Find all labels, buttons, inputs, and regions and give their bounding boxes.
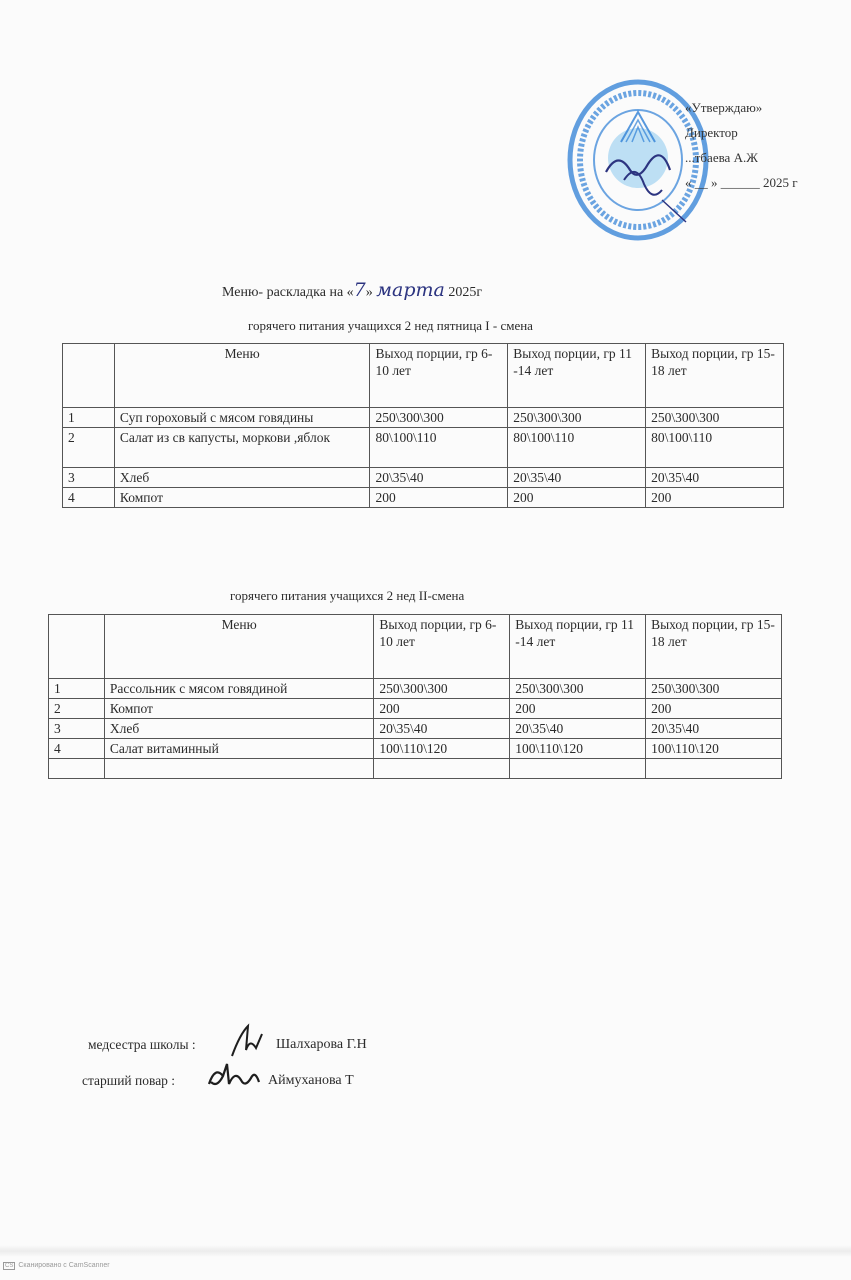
dish-name: Суп гороховый с мясом говядины [114,408,370,428]
table-header-row: Меню Выход порции, гр 6-10 лет Выход пор… [49,615,782,679]
header-number [63,344,115,408]
row-number: 4 [63,488,115,508]
header-menu: Меню [114,344,370,408]
scan-edge-shadow [0,1245,851,1257]
camscanner-logo-icon: CS [3,1262,15,1270]
nurse-signature-icon [226,1020,266,1060]
approval-position: Директор [685,120,798,145]
scanner-text: Сканировано с CamScanner [18,1262,109,1269]
portion-11-14: 250\300\300 [508,408,646,428]
row-number: 1 [49,679,105,699]
header-age-6-10: Выход порции, гр 6-10 лет [370,344,508,408]
portion-11-14: 20\35\40 [508,468,646,488]
scanner-watermark: CSСканировано с CamScanner [3,1262,110,1270]
portion-15-18 [646,759,782,779]
table-row: 3 Хлеб 20\35\40 20\35\40 20\35\40 [63,468,784,488]
portion-11-14: 250\300\300 [510,679,646,699]
portion-11-14: 100\110\120 [510,739,646,759]
approval-block: «Утверждаю» Директор ...тбаева А.Ж « __ … [685,95,798,195]
portion-15-18: 20\35\40 [646,468,784,488]
portion-6-10 [374,759,510,779]
cook-signature-icon [205,1062,263,1092]
portion-6-10: 200 [374,699,510,719]
dish-name [104,759,374,779]
dish-name: Хлеб [104,719,374,739]
portion-15-18: 250\300\300 [646,408,784,428]
header-age-11-14: Выход порции, гр 11 -14 лет [510,615,646,679]
nurse-name: Шалхарова Г.Н [276,1037,367,1053]
table-row: 4 Компот 200 200 200 [63,488,784,508]
header-number [49,615,105,679]
nurse-label: медсестра школы : [88,1037,196,1053]
table2-subtitle: горячего питания учащихся 2 нед II-смена [230,588,464,604]
portion-6-10: 20\35\40 [370,468,508,488]
portion-11-14: 200 [508,488,646,508]
portion-6-10: 200 [370,488,508,508]
menu-table-shift-2: Меню Выход порции, гр 6-10 лет Выход пор… [48,614,782,779]
document-title: Меню- раскладка на «7» марта 2025г [222,279,482,301]
table-row: 1 Рассольник с мясом говядиной 250\300\3… [49,679,782,699]
header-age-6-10: Выход порции, гр 6-10 лет [374,615,510,679]
portion-6-10: 250\300\300 [374,679,510,699]
portion-6-10: 80\100\110 [370,428,508,468]
table1-subtitle: горячего питания учащихся 2 нед пятница … [248,318,533,334]
title-month-handwritten: марта [376,279,445,301]
header-age-15-18: Выход порции, гр 15-18 лет [646,615,782,679]
table-row: 2 Салат из св капусты, моркови ,яблок 80… [63,428,784,468]
approval-heading: «Утверждаю» [685,95,798,120]
dish-name: Компот [114,488,370,508]
portion-6-10: 100\110\120 [374,739,510,759]
table-row-empty [49,759,782,779]
portion-11-14: 80\100\110 [508,428,646,468]
row-number: 3 [49,719,105,739]
portion-15-18: 200 [646,699,782,719]
portion-6-10: 20\35\40 [374,719,510,739]
title-mid: » [366,285,377,300]
dish-name: Компот [104,699,374,719]
header-age-11-14: Выход порции, гр 11 -14 лет [508,344,646,408]
row-number: 2 [63,428,115,468]
approval-name: ...тбаева А.Ж [685,145,798,170]
row-number: 1 [63,408,115,428]
title-prefix: Меню- раскладка на « [222,285,354,300]
table-header-row: Меню Выход порции, гр 6-10 лет Выход пор… [63,344,784,408]
dish-name: Рассольник с мясом говядиной [104,679,374,699]
portion-15-18: 100\110\120 [646,739,782,759]
dish-name: Хлеб [114,468,370,488]
header-menu: Меню [104,615,374,679]
title-suffix: 2025г [445,285,482,300]
portion-15-18: 20\35\40 [646,719,782,739]
cook-name: Аймуханова Т [268,1073,354,1089]
table-row: 4 Салат витаминный 100\110\120 100\110\1… [49,739,782,759]
portion-11-14 [510,759,646,779]
menu-table-shift-1: Меню Выход порции, гр 6-10 лет Выход пор… [62,343,784,508]
cook-label: старший повар : [82,1073,175,1089]
portion-15-18: 200 [646,488,784,508]
portion-6-10: 250\300\300 [370,408,508,428]
portion-15-18: 250\300\300 [646,679,782,699]
table-row: 1 Суп гороховый с мясом говядины 250\300… [63,408,784,428]
row-number: 2 [49,699,105,719]
dish-name: Салат из св капусты, моркови ,яблок [114,428,370,468]
header-age-15-18: Выход порции, гр 15-18 лет [646,344,784,408]
portion-11-14: 20\35\40 [510,719,646,739]
row-number: 3 [63,468,115,488]
table-row: 2 Компот 200 200 200 [49,699,782,719]
row-number: 4 [49,739,105,759]
row-number [49,759,105,779]
portion-11-14: 200 [510,699,646,719]
portion-15-18: 80\100\110 [646,428,784,468]
table-row: 3 Хлеб 20\35\40 20\35\40 20\35\40 [49,719,782,739]
title-day-handwritten: 7 [354,279,366,301]
dish-name: Салат витаминный [104,739,374,759]
approval-date: « __ » ______ 2025 г [685,170,798,195]
